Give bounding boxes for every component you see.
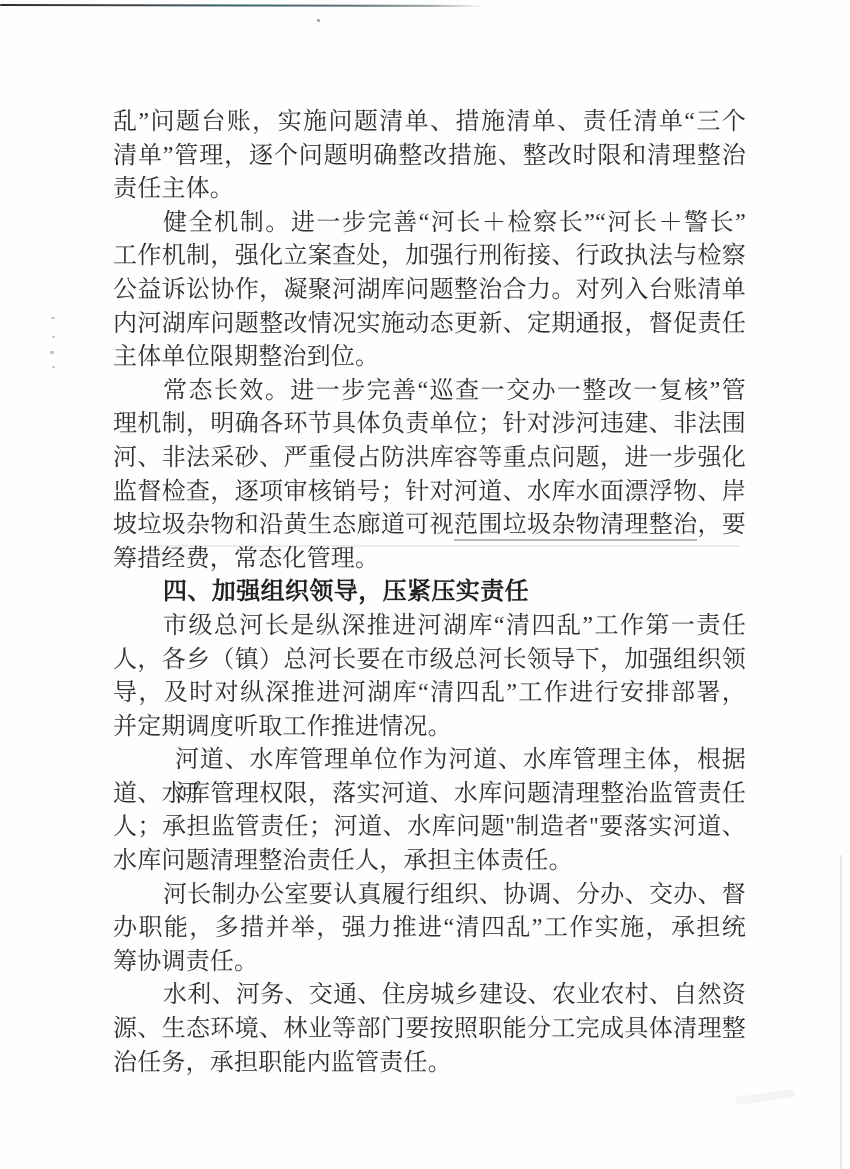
text-segment: 坡垃圾杂物和沿黄生态廊道可视 (113, 512, 454, 538)
text-line: 河长制办公室要认真履行组织、协调、分办、交办、督 (113, 879, 746, 913)
text-line: 筹协调责任。 (113, 946, 746, 980)
text-line: 公益诉讼协作，凝聚河湖库问题整治合力。对列入台账清单 (113, 274, 746, 308)
text-line: 导，及时对纵深推进河湖库“清四乱”工作进行安排部署， (113, 677, 746, 711)
text-line: 健全机制。进一步完善“河长＋检察长”“河长＋警长” (113, 207, 746, 241)
document-body: 乱”问题台账，实施问题清单、措施清单、责任清单“三个清单”管理，逐个问题明确整改… (113, 106, 746, 1080)
scan-artifact-edge (840, 855, 842, 1169)
scan-smudge (735, 1089, 796, 1105)
scan-margin-mark (50, 351, 54, 354)
text-line: 办职能，多措并举，强力推进“清四乱”工作实施，承担统 (113, 912, 746, 946)
scan-artifact-top-line (0, 4, 486, 7)
text-line: 治任务，承担职能内监管责任。 (113, 1047, 746, 1081)
text-line: 监督检查，逐项审核销号；针对河道、水库水面漂浮物、岸 (113, 476, 746, 510)
text-line: 清单”管理，逐个问题明确整改措施、整改时限和清理整治 (113, 140, 746, 174)
underlined-text: 范围垃圾杂物清理整治 (454, 512, 698, 541)
text-line: 河道、水库管理单位作为河道、水库管理主体，根据河 (113, 744, 746, 778)
text-line: 河、非法采砂、严重侵占防洪库容等重点问题，进一步强化 (113, 442, 746, 476)
text-line: 常态长效。进一步完善“巡查一交办一整改一复核”管 (113, 375, 746, 409)
text-line: 筹措经费，常态化管理。 (113, 543, 746, 577)
scan-margin-mark (52, 336, 55, 338)
text-line: 源、生态环境、林业等部门要按照职能分工完成具体清理整 (113, 1013, 746, 1047)
text-line: 水利、河务、交通、住房城乡建设、农业农村、自然资 (113, 979, 746, 1013)
text-line: 乱”问题台账，实施问题清单、措施清单、责任清单“三个 (113, 106, 746, 140)
scan-speck (317, 19, 320, 22)
scan-margin-mark (52, 366, 55, 368)
text-line: 坡垃圾杂物和沿黄生态廊道可视范围垃圾杂物清理整治，要 (113, 509, 746, 543)
text-segment: ，要 (697, 512, 746, 538)
text-line: 水库问题清理整治责任人，承担主体责任。 (113, 845, 746, 879)
scan-margin-mark (51, 317, 55, 319)
text-line: 人；承担监管责任；河道、水库问题"制造者"要落实河道、 (113, 811, 746, 845)
text-line: 并定期调度听取工作推进情况。 (113, 711, 746, 745)
text-line: 责任主体。 (113, 173, 746, 207)
text-line: 内河湖库问题整改情况实施动态更新、定期通报，督促责任 (113, 308, 746, 342)
text-line: 人，各乡（镇）总河长要在市级总河长领导下，加强组织领 (113, 644, 746, 678)
text-line: 道、水库管理权限，落实河道、水库问题清理整治监管责任 (113, 778, 746, 812)
scanned-document-page: 乱”问题台账，实施问题清单、措施清单、责任清单“三个清单”管理，逐个问题明确整改… (0, 0, 850, 1169)
section-heading: 四、加强组织领导，压紧压实责任 (113, 576, 746, 610)
text-line: 主体单位限期整治到位。 (113, 341, 746, 375)
text-line: 工作机制，强化立案查处，加强行刑衔接、行政执法与检察 (113, 240, 746, 274)
text-line: 市级总河长是纵深推进河湖库“清四乱”工作第一责任 (113, 610, 746, 644)
text-line: 理机制，明确各环节具体负责单位；针对涉河违建、非法围 (113, 408, 746, 442)
